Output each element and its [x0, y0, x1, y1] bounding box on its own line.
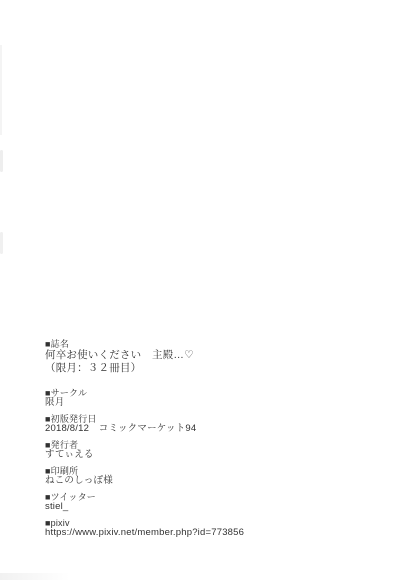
- section-heading: ■誌名: [45, 339, 244, 349]
- twitter-handle: stiel_: [45, 502, 244, 512]
- printer-name: ねこのしっぽ様: [45, 476, 244, 486]
- section-circle: ■サークル 限月: [45, 388, 244, 408]
- section-heading: ■ツイッター: [45, 492, 244, 502]
- pixiv-url: https://www.pixiv.net/member.php?id=7738…: [45, 528, 244, 538]
- section-printer: ■印刷所 ねこのしっぽ様: [45, 466, 244, 486]
- section-book-title: ■誌名 何卒お使いください 主殿…♡ （限月：３２冊目）: [45, 339, 244, 375]
- circle-name: 限月: [45, 398, 244, 408]
- scan-artifact: [0, 45, 2, 135]
- colophon-block: ■誌名 何卒お使いください 主殿…♡ （限月：３２冊目） ■サークル 限月 ■初…: [45, 339, 244, 544]
- scan-artifact: [0, 573, 70, 580]
- section-heading: ■サークル: [45, 388, 244, 398]
- section-twitter: ■ツイッター stiel_: [45, 492, 244, 512]
- section-pixiv: ■pixiv https://www.pixiv.net/member.php?…: [45, 518, 244, 538]
- publisher-name: すてぃえる: [45, 450, 244, 460]
- book-title-volume-line: （限月：３２冊目）: [45, 362, 244, 375]
- scan-artifact: [0, 232, 3, 254]
- book-title-line: 何卒お使いください 主殿…♡: [45, 349, 244, 362]
- section-publisher: ■発行者 すてぃえる: [45, 440, 244, 460]
- section-publication-date: ■初版発行日 2018/8/12 コミックマーケット94: [45, 414, 244, 434]
- scanned-page: ■誌名 何卒お使いください 主殿…♡ （限月：３２冊目） ■サークル 限月 ■初…: [0, 0, 400, 580]
- scan-artifact: [0, 150, 3, 172]
- publication-date: 2018/8/12 コミックマーケット94: [45, 424, 244, 434]
